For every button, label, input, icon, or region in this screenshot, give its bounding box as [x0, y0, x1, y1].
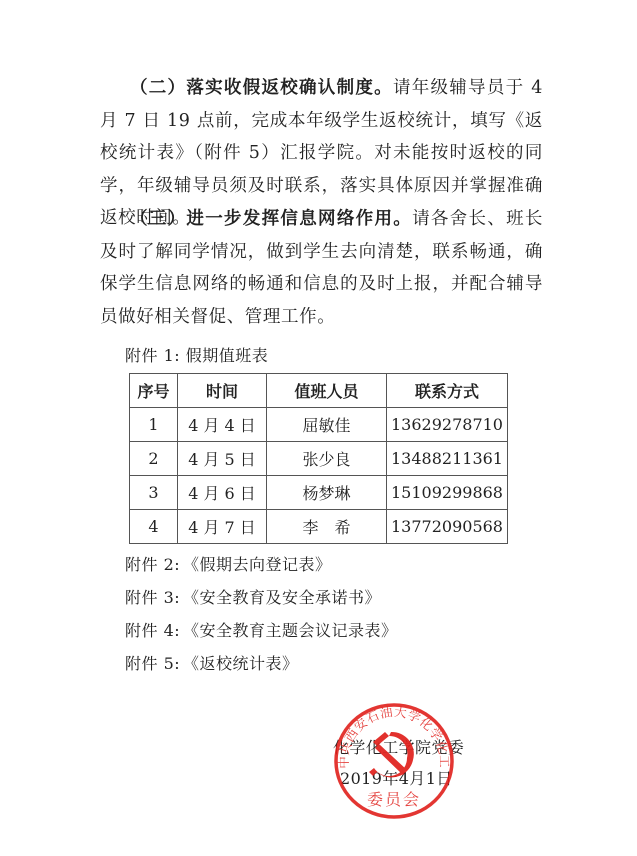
- duty-table-caption: 附件 1: 假期值班表: [125, 343, 268, 366]
- attachment-item: 附件 5:《返校统计表》: [125, 651, 299, 674]
- table-row: 2 4 月 5 日 张少良 13488211361: [130, 442, 508, 476]
- cell-index: 2: [130, 442, 178, 476]
- attachment-title: 《返校统计表》: [183, 654, 299, 673]
- paragraph-info-network: （三）进一步发挥信息网络作用。请各舍长、班长及时了解同学情况，做到学生去向清楚，…: [100, 203, 543, 333]
- table-row: 3 4 月 6 日 杨梦琳 15109299868: [130, 476, 508, 510]
- cell-contact: 15109299868: [387, 476, 508, 510]
- header-contact: 联系方式: [387, 374, 508, 408]
- cell-staff: 屈敏佳: [267, 408, 387, 442]
- paragraph-heading: （三）进一步发挥信息网络作用。: [130, 209, 412, 229]
- attachment-label: 附件 5:: [125, 651, 183, 674]
- table-header-row: 序号 时间 值班人员 联系方式: [130, 374, 508, 408]
- cell-date: 4 月 6 日: [178, 476, 267, 510]
- seal-bottom-text: 委员会: [367, 790, 421, 809]
- attachment-item: 附件 2:《假期去向登记表》: [125, 552, 332, 575]
- hammer-sickle-icon: [369, 732, 414, 777]
- header-staff: 值班人员: [267, 374, 387, 408]
- header-date: 时间: [178, 374, 267, 408]
- cell-staff: 张少良: [267, 442, 387, 476]
- cell-staff: 杨梦琳: [267, 476, 387, 510]
- cell-date: 4 月 4 日: [178, 408, 267, 442]
- cell-contact: 13772090568: [387, 510, 508, 544]
- table-row: 4 4 月 7 日 李 希 13772090568: [130, 510, 508, 544]
- table-row: 1 4 月 4 日 屈敏佳 13629278710: [130, 408, 508, 442]
- cell-date: 4 月 7 日: [178, 510, 267, 544]
- attachment-label: 附件 2:: [125, 552, 183, 575]
- cell-index: 4: [130, 510, 178, 544]
- attachment-label: 附件 4:: [125, 618, 183, 641]
- duty-table: 序号 时间 值班人员 联系方式 1 4 月 4 日 屈敏佳 1362927871…: [129, 373, 508, 544]
- cell-contact: 13488211361: [387, 442, 508, 476]
- attachment-label: 附件 3:: [125, 585, 183, 608]
- paragraph-heading: （二）落实收假返校确认制度。: [130, 78, 393, 98]
- attachment-title: 《安全教育主题会议记录表》: [183, 621, 398, 640]
- cell-date: 4 月 5 日: [178, 442, 267, 476]
- attachment-item: 附件 4:《安全教育主题会议记录表》: [125, 618, 398, 641]
- attachment-title: 《安全教育及安全承诺书》: [183, 588, 381, 607]
- attachment-title: 《假期去向登记表》: [183, 555, 332, 574]
- header-index: 序号: [130, 374, 178, 408]
- cell-contact: 13629278710: [387, 408, 508, 442]
- cell-staff: 李 希: [267, 510, 387, 544]
- attachment-item: 附件 3:《安全教育及安全承诺书》: [125, 585, 381, 608]
- cell-index: 3: [130, 476, 178, 510]
- official-seal-icon: 中共西安石油大学化学化工学院 委员会: [333, 702, 455, 820]
- cell-index: 1: [130, 408, 178, 442]
